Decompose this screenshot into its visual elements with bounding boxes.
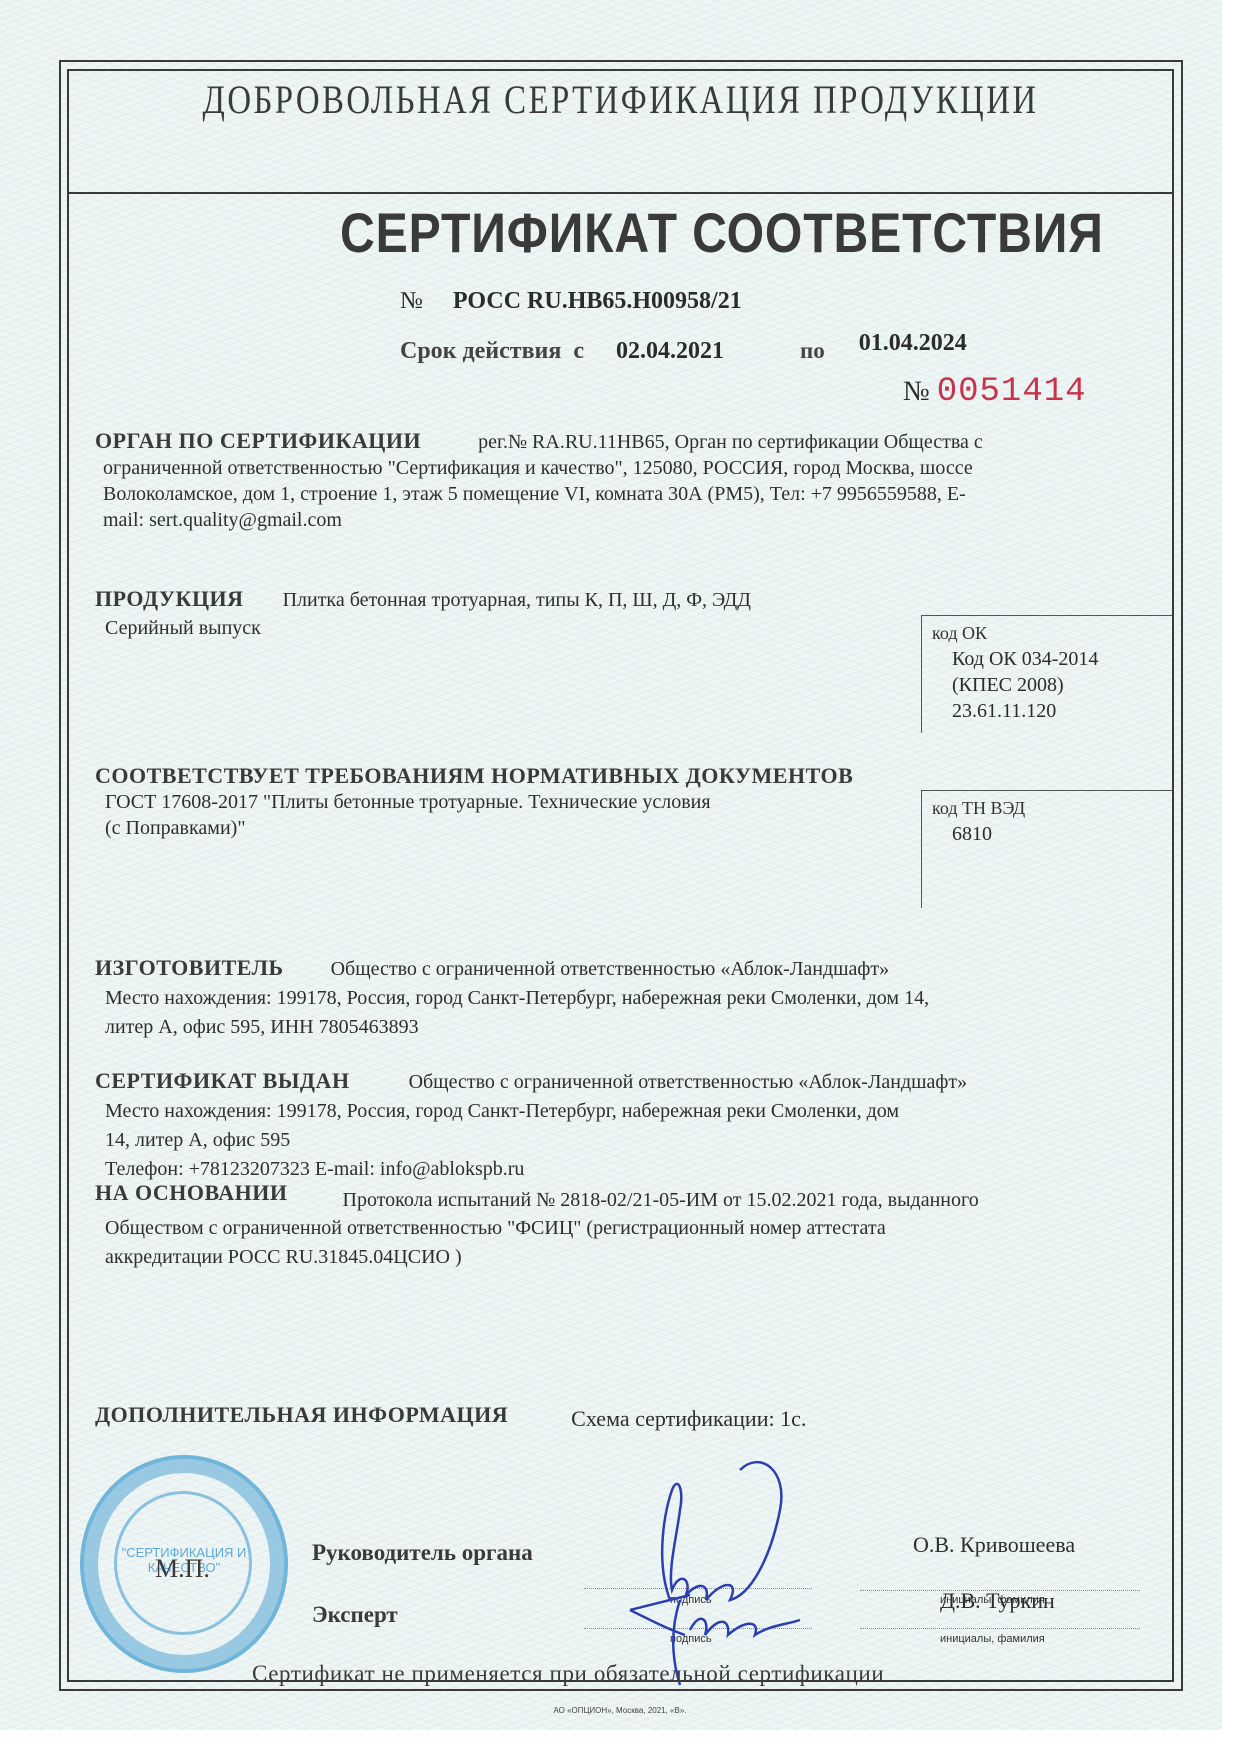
certificate-title: СЕРТИФИКАТ СООТВЕТСТВИЯ — [340, 200, 1104, 265]
valid-from: 02.04.2021 — [616, 338, 724, 364]
certification-body-line-4: mail: sert.quality@gmail.com — [103, 507, 1105, 533]
basis-heading: НА ОСНОВАНИИ — [95, 1180, 288, 1205]
issued-to-section: СЕРТИФИКАТ ВЫДАН Общество с ограниченной… — [95, 1068, 967, 1182]
manufacturer-line-2: литер А, офис 595, ИНН 7805463893 — [105, 1014, 929, 1040]
handwritten-signatures-icon — [610, 1430, 840, 1690]
serial-number-sign: № — [903, 376, 930, 407]
issued-to-line-3: Телефон: +78123207323 E-mail: info@ablok… — [105, 1156, 967, 1182]
head-name: О.В. Кривошеева — [913, 1532, 1075, 1558]
additional-info-heading: ДОПОЛНИТЕЛЬНАЯ ИНФОРМАЦИЯ — [95, 1402, 508, 1427]
certification-body-heading: ОРГАН ПО СЕРТИФИКАЦИИ — [95, 428, 421, 453]
serial-number-value: 0051414 — [937, 373, 1087, 411]
validity-period: Срок действия с 02.04.2021 по 01.04.2024 — [400, 338, 967, 365]
certification-body-line-3: Волоколамское, дом 1, строение 1, этаж 5… — [103, 481, 1105, 507]
tnved-code-value: 6810 — [932, 821, 1162, 847]
ok-code-box: код ОК Код ОК 034-2014 (КПЕС 2008) 23.61… — [921, 615, 1172, 733]
issued-to-name: Общество с ограниченной ответственностью… — [409, 1071, 968, 1093]
compliance-line-1: ГОСТ 17608-2017 "Плиты бетонные тротуарн… — [105, 789, 853, 815]
tnved-code-caption: код ТН ВЭД — [932, 795, 1162, 821]
certification-body-section: ОРГАН ПО СЕРТИФИКАЦИИ рег.№ RA.RU.11НВ65… — [95, 428, 1105, 533]
valid-to: 01.04.2024 — [859, 330, 967, 356]
expert-name: Д.В. Туркин — [940, 1588, 1055, 1614]
expert-label: Эксперт — [312, 1602, 398, 1628]
registration-number-value: РОСС RU.НВ65.Н00958/21 — [453, 288, 742, 314]
serial-number: № 0051414 — [903, 373, 1087, 411]
manufacturer-heading: ИЗГОТОВИТЕЛЬ — [95, 955, 284, 980]
stamp-place-label: М.П. — [155, 1554, 210, 1584]
certification-scheme: Схема сертификации: 1с. — [571, 1406, 806, 1431]
basis-first-line: Протокола испытаний № 2818-02/21-05-ИМ о… — [343, 1189, 979, 1211]
product-section: ПРОДУКЦИЯ Плитка бетонная тротуарная, ти… — [95, 586, 751, 641]
ok-code-line-1: Код ОК 034-2014 — [932, 646, 1162, 672]
tnved-code-box: код ТН ВЭД 6810 — [921, 790, 1172, 908]
compliance-line-2: (с Поправками)" — [105, 815, 853, 841]
basis-section: НА ОСНОВАНИИ Протокола испытаний № 2818-… — [95, 1180, 979, 1270]
manufacturer-name: Общество с ограниченной ответственностью… — [331, 958, 890, 980]
header-divider — [67, 192, 1174, 194]
certification-body-line-2: ограниченной ответственностью "Сертифика… — [103, 455, 1105, 481]
certification-body-line-1: рег.№ RA.RU.11НВ65, Орган по сертификаци… — [478, 431, 983, 453]
number-sign: № — [400, 288, 423, 314]
registration-number: №РОСС RU.НВ65.Н00958/21 — [400, 288, 742, 315]
issued-to-heading: СЕРТИФИКАТ ВЫДАН — [95, 1068, 350, 1093]
printer-imprint: АО «ОПЦИОН», Москва, 2021, «В». — [0, 1706, 1240, 1715]
issued-to-line-2: 14, литер А, офис 595 — [105, 1127, 967, 1153]
basis-line-1: Обществом с ограниченной ответственность… — [105, 1215, 979, 1241]
product-name: Плитка бетонная тротуарная, типы К, П, Ш… — [283, 589, 751, 611]
ok-code-caption: код ОК — [932, 620, 1162, 646]
head-of-body-label: Руководитель органа — [312, 1540, 533, 1566]
compliance-heading: СООТВЕТСТВУЕТ ТРЕБОВАНИЯМ НОРМАТИВНЫХ ДО… — [95, 763, 853, 789]
ok-code-line-3: 23.61.11.120 — [932, 698, 1162, 724]
compliance-section: СООТВЕТСТВУЕТ ТРЕБОВАНИЯМ НОРМАТИВНЫХ ДО… — [95, 763, 853, 841]
validity-label: Срок действия с — [400, 338, 584, 364]
product-heading: ПРОДУКЦИЯ — [95, 586, 244, 611]
additional-info-section: ДОПОЛНИТЕЛЬНАЯ ИНФОРМАЦИЯ Схема сертифик… — [95, 1402, 806, 1429]
product-release: Серийный выпуск — [105, 615, 751, 641]
issued-to-line-1: Место нахождения: 199178, Россия, город … — [105, 1098, 967, 1124]
expert-name-line — [860, 1628, 1140, 1629]
voluntary-only-note: Сертификат не применяется при обязательн… — [252, 1661, 884, 1687]
manufacturer-line-1: Место нахождения: 199178, Россия, город … — [105, 985, 929, 1011]
expert-name-caption: инициалы, фамилия — [940, 1633, 1045, 1645]
ok-code-line-2: (КПЕС 2008) — [932, 672, 1162, 698]
valid-to-label: по — [800, 338, 825, 363]
voluntary-certification-title: ДОБРОВОЛЬНАЯ СЕРТИФИКАЦИЯ ПРОДУКЦИИ — [167, 76, 1075, 123]
manufacturer-section: ИЗГОТОВИТЕЛЬ Общество с ограниченной отв… — [95, 955, 929, 1040]
basis-line-2: аккредитации РОСС RU.31845.04ЦСИО ) — [105, 1244, 979, 1270]
